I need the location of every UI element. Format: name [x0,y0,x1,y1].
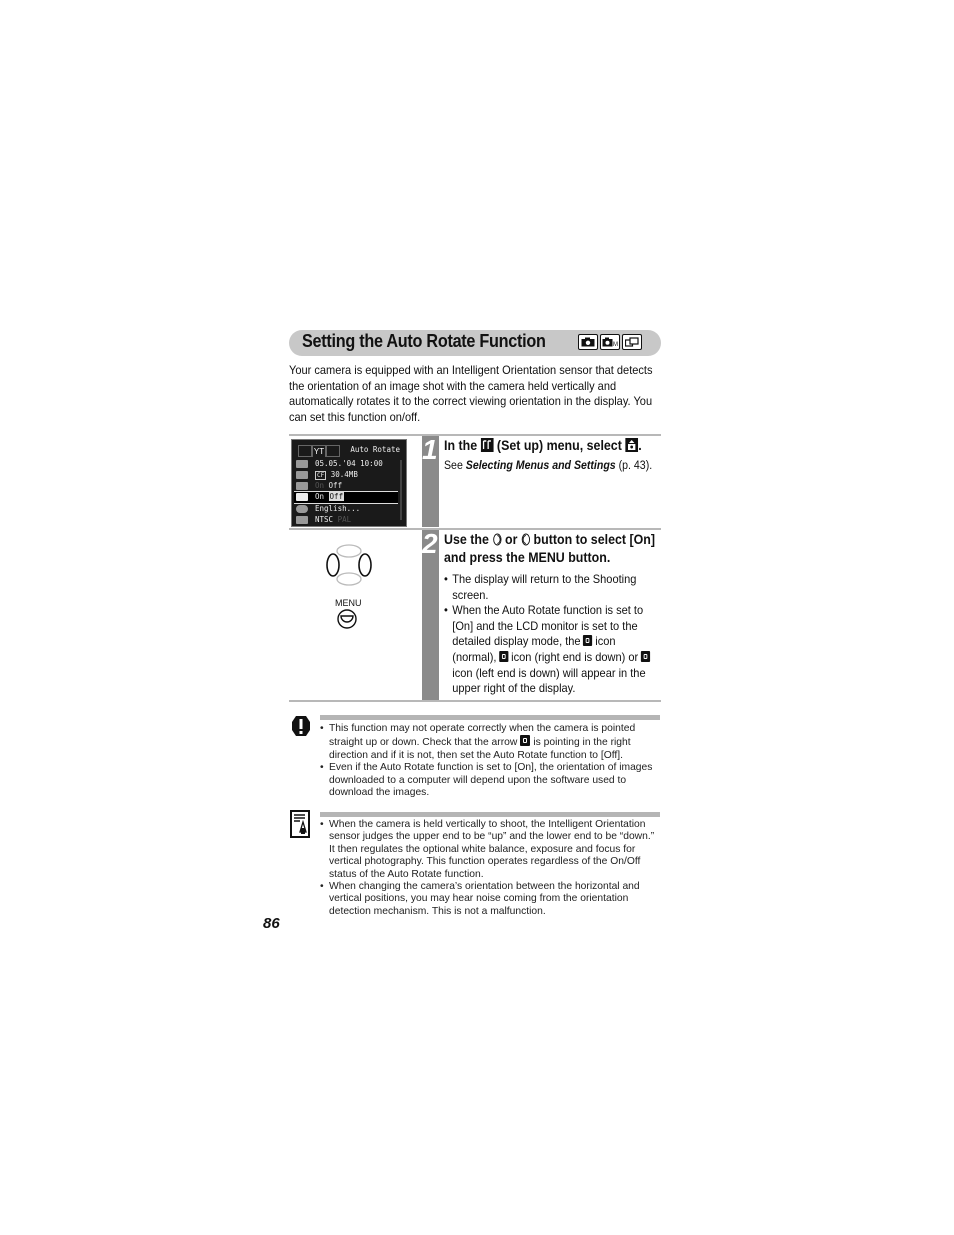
section-title: Setting the Auto Rotate Function [302,331,546,352]
lcd-menu-tabs: YT [298,445,340,457]
date-time-icon [296,460,308,468]
setup-menu-icon [481,438,494,452]
step-2-heading: Use the or button to select [On] [444,531,655,549]
left-button-glyph-icon [521,533,530,546]
lcd-scrollbar [400,460,402,520]
lcd-row-language: English... [296,504,360,513]
step-2-number: 2 [422,528,438,560]
left-button-icon [327,554,339,576]
lcd-row-auto-rotate: On Off [296,492,344,501]
steps-bottom-divider [289,700,661,702]
stitch-assist-mode-icon [622,334,642,350]
intro-paragraph: Your camera is equipped with an Intellig… [289,363,661,425]
note-bullet-1: When the camera is held vertically to sh… [320,819,660,881]
step-1-top-divider [289,434,661,436]
selecting-menus-link[interactable]: Selecting Menus and Settings [466,460,616,472]
shooting-mode-icons: M [578,334,642,350]
lcd-row-video-system: NTSC PAL [296,515,351,524]
lcd-row-date-time: 05.05.'04 10:00 [296,459,383,468]
camera-auto-mode-icon [578,334,598,350]
down-button-icon [337,573,361,585]
lcd-setup-tab: YT [312,445,326,457]
file-number-reset-icon [296,482,308,490]
step-2-bullet-2: When the Auto Rotate function is set to … [444,603,660,697]
page-number: 86 [263,915,280,932]
caution-bullet-1: This function may not operate correctly … [320,723,660,762]
auto-rotate-icon [625,438,638,452]
camera-manual-mode-icon: M [600,334,620,350]
caution-bar [320,715,660,720]
note-bar [320,812,660,817]
svg-text:M: M [613,342,618,347]
menu-button-label: MENU [335,598,362,608]
step-2-top-divider [289,528,661,530]
step-2-bullets: The display will return to the Shooting … [444,572,660,697]
orientation-left-down-icon [641,651,650,662]
caution-bullets: This function may not operate correctly … [320,723,660,799]
memo-icon [290,810,310,843]
controller-button-diagram [322,540,376,595]
orientation-right-down-icon [499,651,508,662]
caution-bullet-2: Even if the Auto Rotate function is set … [320,762,660,799]
step-2-bullet-1: The display will return to the Shooting … [444,572,660,603]
lcd-row-file-number-reset: On Off [296,481,342,490]
note-bullet-2: When changing the camera’s orientation b… [320,881,660,918]
step-1-reference: See Selecting Menus and Settings (p. 43)… [444,460,652,472]
step-2-heading-line2: and press the MENU button. [444,549,610,567]
right-button-icon [359,554,371,576]
language-icon [296,505,308,513]
lcd-camera-tab [298,445,312,457]
note-bullets: When the camera is held vertically to sh… [320,819,660,918]
lcd-menu-title: Auto Rotate [350,445,400,454]
step-1-number: 1 [422,434,438,466]
orientation-normal-icon [583,635,592,646]
lcd-row-format: CF 30.4MB [296,470,358,479]
auto-rotate-icon [296,493,308,501]
lcd-setup-menu-screenshot: YT Auto Rotate 05.05.'04 10:00 CF 30.4MB… [291,439,407,527]
format-icon [296,471,308,479]
lcd-my-camera-tab [326,445,340,457]
orientation-arrow-icon [520,735,530,746]
menu-button-icon [337,609,357,634]
right-button-glyph-icon [492,533,501,546]
step-1-heading: In the (Set up) menu, select . [444,437,642,455]
caution-icon [290,714,312,743]
up-button-icon [337,545,361,557]
video-system-icon [296,516,308,524]
